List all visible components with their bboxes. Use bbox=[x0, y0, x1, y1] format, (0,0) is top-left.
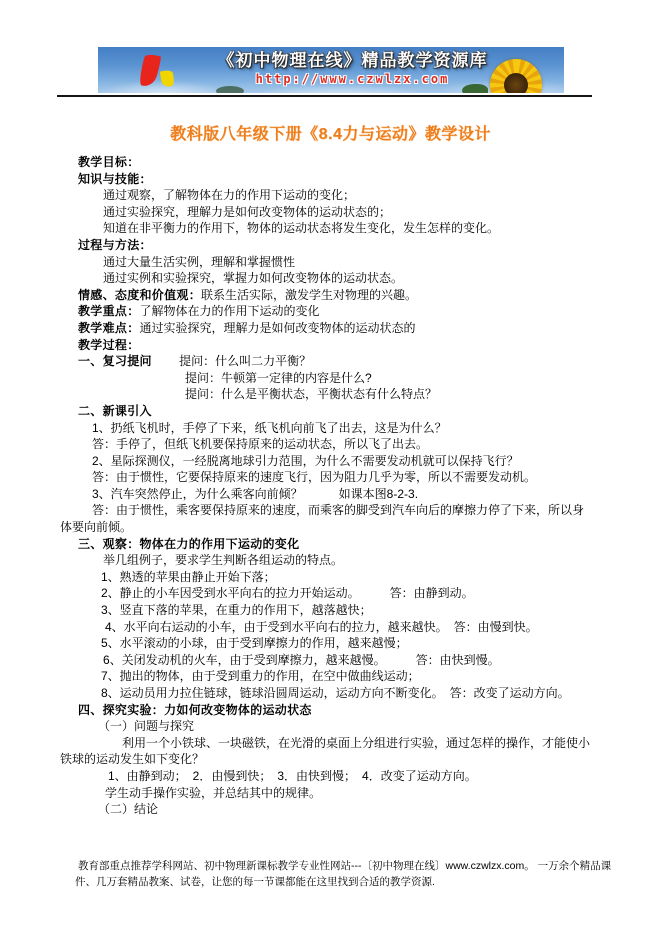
doc-line: 教学过程： bbox=[0, 337, 661, 354]
doc-line: 通过实验探究，理解力是如何改变物体的运动状态的； bbox=[0, 204, 661, 221]
body-text: 2、星际探测仪，一经脱离地球引力范围，为什么不需要发动机就可以保持飞行？ bbox=[92, 454, 519, 468]
document-body: 教学目标：知识与技能：通过观察，了解物体在力的作用下运动的变化；通过实验探究，理… bbox=[0, 154, 661, 818]
body-text: 答：手停了，但纸飞机要保持原来的运动状态，所以飞了出去。 bbox=[92, 437, 428, 451]
doc-line: 举几组例子，要求学生判断各组运动的特点。 bbox=[0, 552, 661, 569]
doc-line: 学生动手操作实验，并总结其中的规律。 bbox=[0, 785, 661, 802]
body-text: 3、竖直下落的苹果，在重力的作用下，越落越快； bbox=[101, 603, 372, 617]
body-text: （一）问题与探究 bbox=[98, 719, 194, 733]
body-text: （二）结论 bbox=[98, 802, 158, 816]
body-text: 通过实验探究，理解力是如何改变物体的运动状态的 bbox=[140, 321, 416, 335]
document-footer: 教育部重点推荐学科网站、初中物理新课标教学专业性网站---〔初中物理在线〕www… bbox=[0, 858, 661, 890]
doc-line: 体要向前倾。 bbox=[0, 519, 661, 536]
doc-line: 铁球的运动发生如下变化？ bbox=[0, 751, 661, 768]
doc-line: 8、运动员用力拉住链球，链球沿圆周运动，运动方向不断变化。 答：改变了运动方向。 bbox=[0, 685, 661, 702]
doc-line: 知道在非平衡力的作用下，物体的运动状态将发生变化，发生怎样的变化。 bbox=[0, 220, 661, 237]
body-text: 6、关闭发动机的火车，由于受到摩擦力，越来越慢。 答：由快到慢。 bbox=[103, 653, 500, 667]
body-text: 答：由于惯性，它要保持原来的速度飞行，因为阻力几乎为零，所以不需要发动机。 bbox=[92, 470, 536, 484]
body-text: 了解物体在力的作用下运动的变化 bbox=[140, 304, 320, 318]
body-text: 通过实验探究，理解力是如何改变物体的运动状态的； bbox=[103, 205, 391, 219]
doc-line: 件、几万套精品教案、试卷，让您的每一节课都能在这里找到合适的教学资源. bbox=[0, 874, 661, 890]
doc-line: 4、水平向右运动的小车，由于受到水平向右的拉力，越来越快。 答：由慢到快。 bbox=[0, 619, 661, 636]
foliage-icon bbox=[216, 86, 244, 93]
heading-text: 教学目标： bbox=[78, 155, 140, 169]
header-divider bbox=[57, 95, 592, 97]
body-text: 通过大量生活实例，理解和掌握惯性 bbox=[103, 255, 295, 269]
body-text: 8、运动员用力拉住链球，链球沿圆周运动，运动方向不断变化。 答：改变了运动方向。 bbox=[101, 686, 570, 700]
heading-text: 四、探究实验：力如何改变物体的运动状态 bbox=[78, 703, 312, 717]
doc-line: 2、星际探测仪，一经脱离地球引力范围，为什么不需要发动机就可以保持飞行？ bbox=[0, 453, 661, 470]
body-text: 5、水平滚动的小球，由于受到摩擦力的作用，越来越慢； bbox=[101, 636, 408, 650]
doc-line: 知识与技能： bbox=[0, 171, 661, 188]
body-text: 知道在非平衡力的作用下，物体的运动状态将发生变化，发生怎样的变化。 bbox=[103, 221, 499, 235]
body-text: 联系生活实际，激发学生对物理的兴趣。 bbox=[201, 288, 417, 302]
doc-line: 6、关闭发动机的火车，由于受到摩擦力，越来越慢。 答：由快到慢。 bbox=[0, 652, 661, 669]
body-text: 学生动手操作实验，并总结其中的规律。 bbox=[105, 786, 321, 800]
doc-line: 通过大量生活实例，理解和掌握惯性 bbox=[0, 254, 661, 271]
body-text: 铁球的运动发生如下变化？ bbox=[60, 752, 204, 766]
doc-line: 三、观察：物体在力的作用下运动的变化 bbox=[0, 536, 661, 553]
doc-line: 7、抛出的物体，由于受到重力的作用，在空中做曲线运动； bbox=[0, 668, 661, 685]
page-title: 教科版八年级下册《8.4力与运动》教学设计 bbox=[0, 121, 661, 144]
doc-line: 情感、态度和价值观：联系生活实际，激发学生对物理的兴趣。 bbox=[0, 287, 661, 304]
body-text: 通过观察，了解物体在力的作用下运动的变化； bbox=[103, 188, 355, 202]
doc-line: 提问：牛顿第一定律的内容是什么? bbox=[0, 370, 661, 387]
site-banner: 《初中物理在线》精品教学资源库 http://www.czwlzx.com bbox=[98, 47, 564, 93]
body-text: 1、扔纸飞机时，手停了下来，纸飞机向前飞了出去，这是为什么？ bbox=[92, 421, 447, 435]
doc-line: 一、复习提问 提问：什么叫二力平衡？ bbox=[0, 353, 661, 370]
doc-line: 通过观察，了解物体在力的作用下运动的变化； bbox=[0, 187, 661, 204]
body-text: 答：由于惯性，乘客要保持原来的速度，而乘客的脚受到汽车向后的摩擦力停了下来，所以… bbox=[92, 503, 584, 517]
body-text: 通过实例和实验探究，掌握力如何改变物体的运动状态。 bbox=[103, 271, 403, 285]
body-text: 4、水平向右运动的小车，由于受到水平向右的拉力，越来越快。 答：由慢到快。 bbox=[105, 620, 538, 634]
doc-line: 教育部重点推荐学科网站、初中物理新课标教学专业性网站---〔初中物理在线〕www… bbox=[0, 858, 661, 874]
doc-line: 教学难点：通过实验探究，理解力是如何改变物体的运动状态的 bbox=[0, 320, 661, 337]
body-text: 利用一个小铁球、一块磁铁，在光滑的桌面上分组进行实验，通过怎样的操作，才能使小 bbox=[122, 736, 590, 750]
heading-text: 一、复习提问 bbox=[78, 354, 152, 368]
doc-line: 答：由于惯性，乘客要保持原来的速度，而乘客的脚受到汽车向后的摩擦力停了下来，所以… bbox=[0, 502, 661, 519]
body-text: 1、熟透的苹果由静止开始下落； bbox=[101, 570, 276, 584]
heading-text: 二、新课引入 bbox=[78, 404, 152, 418]
body-text: 提问：牛顿第一定律的内容是什么? bbox=[185, 371, 372, 385]
heading-text: 过程与方法： bbox=[78, 238, 152, 252]
heading-text: 情感、态度和价值观： bbox=[78, 288, 201, 302]
body-text: 3、汽车突然停止，为什么乘客向前倾？ 如课本图8-2-3. bbox=[92, 487, 418, 501]
doc-line: 3、竖直下落的苹果，在重力的作用下，越落越快； bbox=[0, 602, 661, 619]
doc-line: 过程与方法： bbox=[0, 237, 661, 254]
doc-line: 1、熟透的苹果由静止开始下落； bbox=[0, 569, 661, 586]
document-page: 《初中物理在线》精品教学资源库 http://www.czwlzx.com 教科… bbox=[0, 0, 661, 936]
heading-text: 三、观察：物体在力的作用下运动的变化 bbox=[78, 537, 299, 551]
heading-text: 教学难点： bbox=[78, 321, 140, 335]
body-text: 提问：什么是平衡状态，平衡状态有什么特点？ bbox=[185, 387, 437, 401]
body-text: 教育部重点推荐学科网站、初中物理新课标教学专业性网站---〔初中物理在线〕www… bbox=[78, 860, 611, 872]
body-text: 举几组例子，要求学生判断各组运动的特点。 bbox=[103, 553, 343, 567]
doc-line: （一）问题与探究 bbox=[0, 718, 661, 735]
body-text: 件、几万套精品教案、试卷，让您的每一节课都能在这里找到合适的教学资源. bbox=[75, 876, 435, 888]
body-text: 2、静止的小车因受到水平向右的拉力开始运动。 答：由静到动。 bbox=[101, 586, 474, 600]
doc-line: 答：由于惯性，它要保持原来的速度飞行，因为阻力几乎为零，所以不需要发动机。 bbox=[0, 469, 661, 486]
doc-line: 提问：什么是平衡状态，平衡状态有什么特点？ bbox=[0, 386, 661, 403]
doc-line: （二）结论 bbox=[0, 801, 661, 818]
doc-line: 二、新课引入 bbox=[0, 403, 661, 420]
green-leaves-icon bbox=[462, 84, 488, 93]
doc-line: 3、汽车突然停止，为什么乘客向前倾？ 如课本图8-2-3. bbox=[0, 486, 661, 503]
heading-text: 教学过程： bbox=[78, 338, 140, 352]
doc-line: 1、扔纸飞机时，手停了下来，纸飞机向前飞了出去，这是为什么？ bbox=[0, 420, 661, 437]
doc-line: 教学目标： bbox=[0, 154, 661, 171]
body-text: 体要向前倾。 bbox=[60, 520, 132, 534]
doc-line: 5、水平滚动的小球，由于受到摩擦力的作用，越来越慢； bbox=[0, 635, 661, 652]
heading-text: 教学重点： bbox=[78, 304, 140, 318]
heading-text: 知识与技能： bbox=[78, 172, 152, 186]
body-text: 7、抛出的物体，由于受到重力的作用，在空中做曲线运动； bbox=[101, 669, 420, 683]
body-text: 提问：什么叫二力平衡？ bbox=[152, 354, 311, 368]
doc-line: 利用一个小铁球、一块磁铁，在光滑的桌面上分组进行实验，通过怎样的操作，才能使小 bbox=[0, 735, 661, 752]
doc-line: 四、探究实验：力如何改变物体的运动状态 bbox=[0, 702, 661, 719]
doc-line: 通过实例和实验探究，掌握力如何改变物体的运动状态。 bbox=[0, 270, 661, 287]
doc-line: 1、由静到动； 2．由慢到快； 3．由快到慢； 4．改变了运动方向。 bbox=[0, 768, 661, 785]
doc-line: 答：手停了，但纸飞机要保持原来的运动状态，所以飞了出去。 bbox=[0, 436, 661, 453]
body-text: 1、由静到动； 2．由慢到快； 3．由快到慢； 4．改变了运动方向。 bbox=[108, 769, 477, 783]
doc-line: 教学重点：了解物体在力的作用下运动的变化 bbox=[0, 303, 661, 320]
doc-line: 2、静止的小车因受到水平向右的拉力开始运动。 答：由静到动。 bbox=[0, 585, 661, 602]
